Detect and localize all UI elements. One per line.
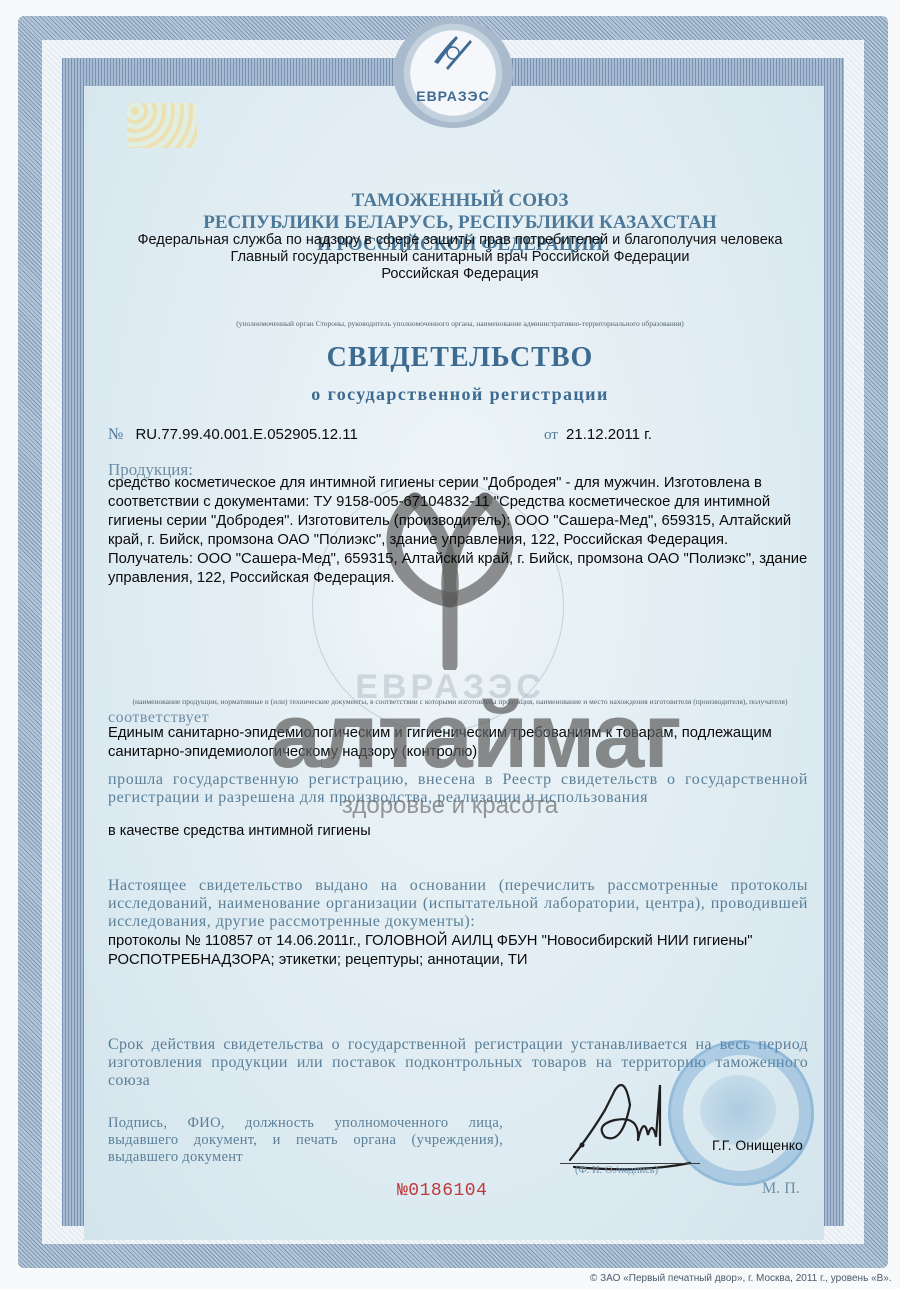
signature-caption: (Ф. И. О./подпись) <box>575 1165 658 1176</box>
registration-line: № RU.77.99.40.001.E.052905.12.11 от 21.1… <box>108 426 808 444</box>
authority-caption: (уполномоченный орган Стороны, руководит… <box>100 319 820 328</box>
basis-documents: протоколы № 110857 от 14.06.2011г., ГОЛО… <box>108 932 808 970</box>
signature-label: Подпись, ФИО, должность уполномоченного … <box>108 1115 503 1166</box>
product-description: средство косметическое для интимной гиги… <box>108 474 808 588</box>
union-line: ТАМОЖЕННЫЙ СОЮЗ <box>100 190 820 212</box>
seal-place-label: М. П. <box>762 1180 800 1198</box>
printer-footer: © ЗАО «Первый печатный двор», г. Москва,… <box>590 1273 892 1284</box>
coat-of-arms-icon <box>700 1075 776 1145</box>
authority-block: Федеральная служба по надзору в сфере за… <box>100 232 820 283</box>
registration-date: 21.12.2011 г. <box>566 426 652 443</box>
watermark-brand: алтаймаг <box>270 690 650 782</box>
eurasec-seal-label: ЕВРАЗЭС <box>393 88 513 104</box>
union-line: РЕСПУБЛИКИ БЕЛАРУСЬ, РЕСПУБЛИКИ КАЗАХСТА… <box>100 212 820 234</box>
watermark-tagline: здоровье и красота <box>300 792 600 820</box>
eurasec-emblem-icon <box>432 32 474 74</box>
number-label: № <box>108 426 123 443</box>
document-subtitle: о государственной регистрации <box>100 384 820 405</box>
serial-number: №0186104 <box>397 1181 487 1201</box>
usage-text: в качестве средства интимной гигиены <box>108 822 808 841</box>
signature-icon <box>560 1065 700 1175</box>
signer-name: Г.Г. Онищенко <box>712 1137 803 1153</box>
document-title: СВИДЕТЕЛЬСТВО <box>100 342 820 374</box>
date-label: от <box>544 427 558 443</box>
hologram-icon <box>127 103 197 148</box>
authority-line: Главный государственный санитарный врач … <box>100 249 820 266</box>
signature-line <box>560 1163 700 1164</box>
basis-statement: Настоящее свидетельство выдано на основа… <box>108 877 808 931</box>
authority-line: Федеральная служба по надзору в сфере за… <box>100 232 820 249</box>
authority-line: Российская Федерация <box>100 266 820 283</box>
registration-number: RU.77.99.40.001.E.052905.12.11 <box>135 426 357 443</box>
